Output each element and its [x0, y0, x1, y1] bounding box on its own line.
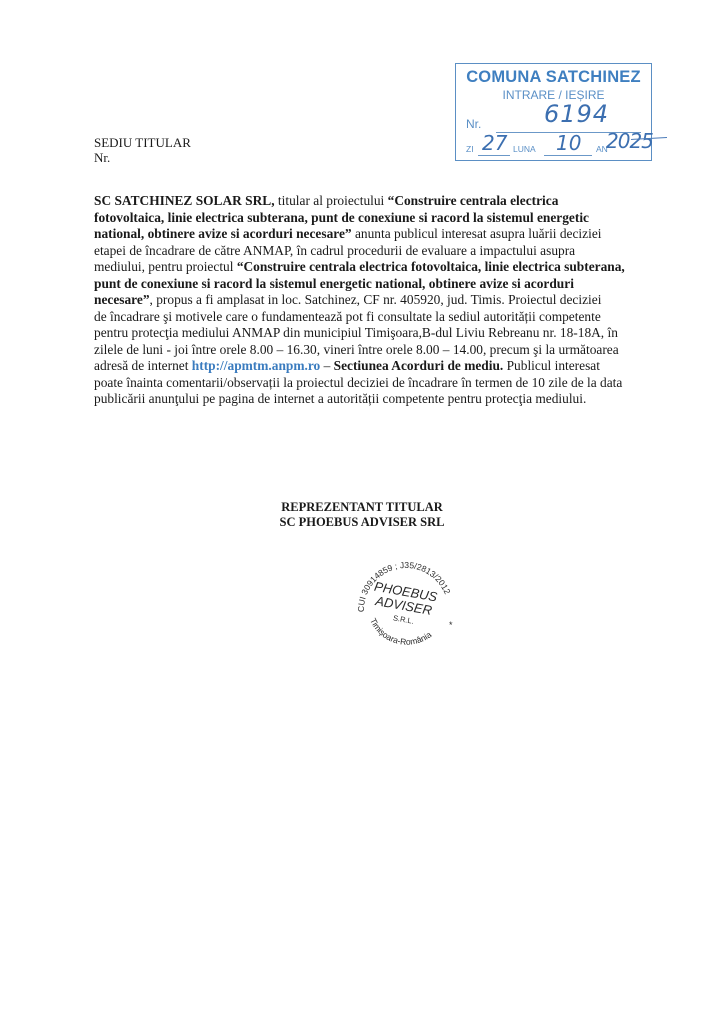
body-line: SC SATCHINEZ SOLAR SRL, titular al proie…: [94, 193, 639, 210]
bold-text: national, obtinere avize si acorduri nec…: [94, 226, 352, 241]
body-line: zilele de luni - joi între orele 8.00 – …: [94, 342, 639, 359]
body-line: punt de conexiune si racord la sistemul …: [94, 276, 639, 293]
bold-text: Sectiunea Acorduri de mediu.: [334, 358, 504, 373]
registration-day-line: [478, 155, 510, 156]
signature-role: REPREZENTANT TITULAR: [0, 500, 724, 515]
text: titular al proiectului: [275, 193, 388, 208]
company-seal-stamp: CUI 30914859 ; J35/2813/2012 Timișoara-R…: [350, 550, 460, 650]
registration-day-label: ZI: [466, 144, 474, 154]
document-page: COMUNA SATCHINEZ INTRARE / IEȘIRE Nr. 61…: [0, 0, 724, 1024]
seal-star-icon: *: [449, 620, 453, 630]
bold-text: punt de conexiune si racord la sistemul …: [94, 276, 574, 291]
registration-month-value: 10: [556, 131, 581, 155]
text: anunta publicul interesat asupra luării …: [352, 226, 602, 241]
body-line: etapei de încadrare de către ANMAP, în c…: [94, 243, 639, 260]
registration-month-line: [544, 155, 592, 156]
registration-year-value: 2025: [606, 129, 653, 153]
body-line: de încadrare şi motivele care o fundamen…: [94, 309, 639, 326]
bold-text: SC SATCHINEZ SOLAR SRL,: [94, 193, 275, 208]
text: etapei de încadrare de către ANMAP, în c…: [94, 243, 575, 258]
body-line: publicării anunţului pe pagina de intern…: [94, 391, 639, 408]
text: adresă de internet: [94, 358, 192, 373]
body-line: fotovoltaica, linie electrica subterana,…: [94, 210, 639, 227]
registration-day-value: 27: [482, 131, 507, 155]
text: pentru protecţia mediului ANMAP din muni…: [94, 325, 618, 340]
bold-text: fotovoltaica, linie electrica subterana,…: [94, 210, 589, 225]
signature-company: SC PHOEBUS ADVISER SRL: [0, 515, 724, 530]
sender-number: Nr.: [94, 150, 191, 165]
website-link[interactable]: http://apmtm.anpm.ro: [192, 358, 320, 373]
registration-stamp-title: COMUNA SATCHINEZ: [456, 68, 651, 87]
sender-header: SEDIU TITULAR Nr.: [94, 135, 191, 165]
body-line: mediului, pentru proiectul “Construire c…: [94, 259, 639, 276]
registration-nr-value: 6194: [544, 100, 609, 128]
text: poate înainta comentarii/observații la p…: [94, 375, 622, 390]
bold-text: “Construire centrala electrica fotovolta…: [237, 259, 625, 274]
text: mediului, pentru proiectul: [94, 259, 237, 274]
text: publicării anunţului pe pagina de intern…: [94, 391, 586, 406]
registration-nr-label: Nr.: [466, 117, 481, 131]
text: zilele de luni - joi între orele 8.00 – …: [94, 342, 619, 357]
body-line: pentru protecţia mediului ANMAP din muni…: [94, 325, 639, 342]
text: de încadrare şi motivele care o fundamen…: [94, 309, 601, 324]
body-line: poate înainta comentarii/observații la p…: [94, 375, 639, 392]
body-line: national, obtinere avize si acorduri nec…: [94, 226, 639, 243]
body-line: adresă de internet http://apmtm.anpm.ro …: [94, 358, 639, 375]
body-line: necesare”, propus a fi amplasat in loc. …: [94, 292, 639, 309]
seal-suffix: S.R.L.: [392, 613, 414, 625]
text: –: [320, 358, 333, 373]
text: , propus a fi amplasat in loc. Satchinez…: [150, 292, 602, 307]
registration-month-label: LUNA: [513, 144, 536, 154]
registration-stamp: COMUNA SATCHINEZ INTRARE / IEȘIRE Nr. 61…: [455, 63, 652, 161]
text: Publicul interesat: [503, 358, 600, 373]
sender-title: SEDIU TITULAR: [94, 135, 191, 150]
announcement-body: SC SATCHINEZ SOLAR SRL, titular al proie…: [94, 193, 639, 408]
bold-text: necesare”: [94, 292, 150, 307]
bold-text: “Construire centrala electrica: [388, 193, 559, 208]
signature-block: REPREZENTANT TITULAR SC PHOEBUS ADVISER …: [0, 500, 724, 530]
